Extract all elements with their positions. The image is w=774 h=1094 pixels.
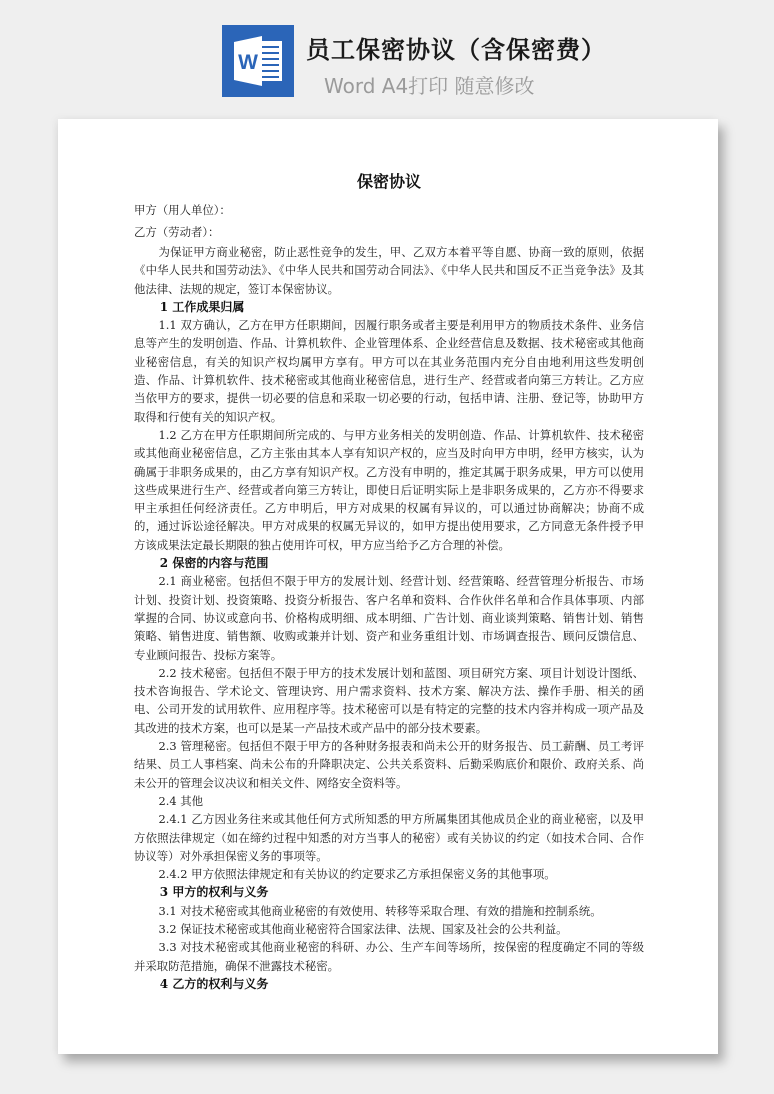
party-b-line: 乙方（劳动者）： (134, 221, 644, 243)
document-title: 保密协议 (134, 171, 644, 193)
section-heading: 1 工作成果归属 (134, 298, 644, 316)
clause-paragraph: 1.2 乙方在甲方任职期间所完成的、与甲方业务相关的发明创造、作品、计算机软件、… (134, 426, 644, 554)
clause-paragraph: 3.1 对技术秘密或其他商业秘密的有效使用、转移等采取合理、有效的措施和控制系统… (134, 902, 644, 920)
clause-paragraph: 2.2 技术秘密。包括但不限于甲方的技术发展计划和蓝图、项目研究方案、项目计划设… (134, 664, 644, 737)
party-a-line: 甲方（用人单位）： (134, 199, 644, 221)
preamble-paragraph: 为保证甲方商业秘密，防止恶性竞争的发生，甲、乙双方本着平等自愿、协商一致的原则，… (134, 243, 644, 298)
section-heading: 3 甲方的权利与义务 (134, 883, 644, 901)
clause-paragraph: 3.2 保证技术秘密或其他商业秘密符合国家法律、法规、国家及社会的公共利益。 (134, 920, 644, 938)
doc-banner-title: 员工保密协议（含保密费） (306, 30, 606, 65)
clause-paragraph: 2.1 商业秘密。包括但不限于甲方的发展计划、经营计划、经营策略、经营管理分析报… (134, 572, 644, 663)
clause-paragraph: 1.1 双方确认，乙方在甲方任职期间，因履行职务或者主要是利用甲方的物质技术条件… (134, 316, 644, 426)
banner-header: W 员工保密协议（含保密费） Word A4打印 随意修改 (0, 0, 774, 110)
clause-paragraph: 2.4.2 甲方依照法律规定和有关协议的约定要求乙方承担保密义务的其他事项。 (134, 865, 644, 883)
clause-paragraph: 2.4.1 乙方因业务往来或其他任何方式所知悉的甲方所属集团其他成员企业的商业秘… (134, 810, 644, 865)
word-icon: W (222, 25, 294, 97)
document-content: 保密协议 甲方（用人单位）： 乙方（劳动者）： 为保证甲方商业秘密，防止恶性竞争… (134, 171, 644, 993)
clause-paragraph: 3.3 对技术秘密或其他商业秘密的科研、办公、生产车间等场所，按保密的程度确定不… (134, 938, 644, 975)
clause-paragraph: 2.3 管理秘密。包括但不限于甲方的各种财务报表和尚未公开的财务报告、员工薪酬、… (134, 737, 644, 792)
svg-text:W: W (238, 51, 258, 74)
section-heading: 4 乙方的权利与义务 (134, 975, 644, 993)
document-page: 保密协议 甲方（用人单位）： 乙方（劳动者）： 为保证甲方商业秘密，防止恶性竞争… (58, 119, 718, 1054)
doc-banner-subtitle: Word A4打印 随意修改 (324, 70, 535, 99)
section-heading: 2 保密的内容与范围 (134, 554, 644, 572)
clause-paragraph: 2.4 其他 (134, 792, 644, 810)
